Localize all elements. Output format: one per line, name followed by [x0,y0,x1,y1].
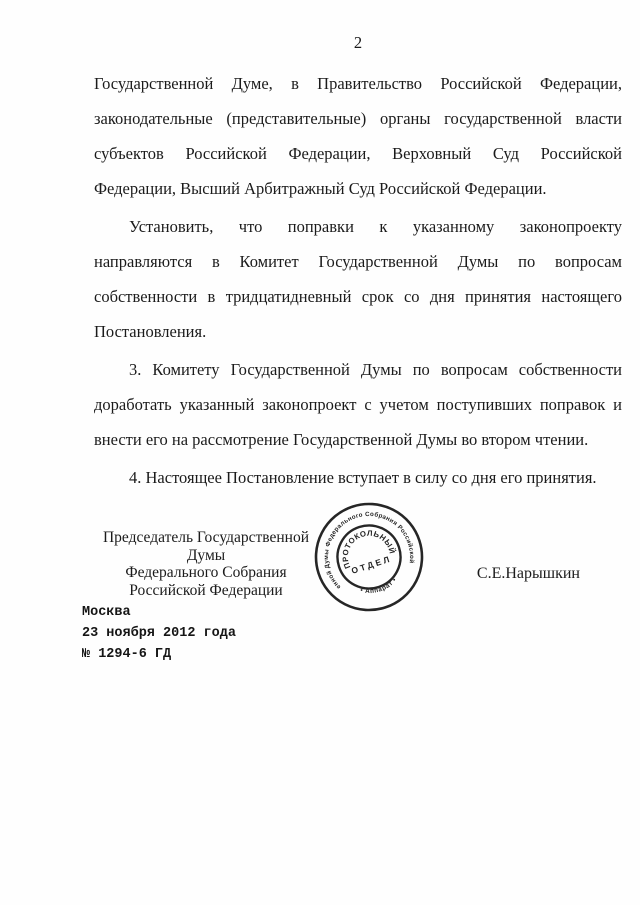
text-line: Государственной Думе, в Правительство Ро… [94,66,622,101]
paragraph-ustanovit: Установить, что поправки к указанному за… [94,209,622,349]
document-body: Государственной Думе, в Правительство Ро… [94,66,622,495]
protocol-department-seal-icon: Государственной Думы Федерального Собран… [307,495,431,619]
text-line: направляются в Комитет Государственной Д… [94,244,622,279]
text-line: субъектов Российской Федерации, Верховны… [94,136,622,171]
page-number: 2 [94,33,622,53]
paragraph-continuation: Государственной Думе, в Правительство Ро… [94,66,622,206]
text-line: Федерации, Высший Арбитражный Суд Россий… [94,171,622,206]
text-line: собственности в тридцатидневный срок со … [94,279,622,314]
text-line: доработать указанный законопроект с учет… [94,387,622,422]
text-line: 4. Настоящее Постановление вступает в си… [94,460,622,495]
seal-center-text: ОТДЕЛ [350,553,393,575]
text-line: Установить, что поправки к указанному за… [94,209,622,244]
signature-title-line: Федерального Собрания [82,564,330,582]
document-page: 2 Государственной Думе, в Правительство … [0,0,640,905]
signature-title-line: Российской Федерации [82,582,330,600]
signature-name: С.Е.Нарышкин [477,565,580,583]
signature-block: Председатель Государственной Думы Федера… [82,529,330,599]
text-line: законодательные (представительные) орган… [94,101,622,136]
footer-doc-number: № 1294-6 ГД [82,644,236,665]
footer-date: 23 ноября 2012 года [82,623,236,644]
paragraph-item-4: 4. Настоящее Постановление вступает в си… [94,460,622,495]
text-line: внести его на рассмотрение Государственн… [94,422,622,457]
signature-title-line: Председатель Государственной Думы [82,529,330,564]
footer-city: Москва [82,602,236,623]
footer-block: Москва 23 ноября 2012 года № 1294-6 ГД [82,602,236,665]
text-line: Постановления. [94,314,622,349]
text-line: 3. Комитету Государственной Думы по вопр… [94,352,622,387]
paragraph-item-3: 3. Комитету Государственной Думы по вопр… [94,352,622,457]
